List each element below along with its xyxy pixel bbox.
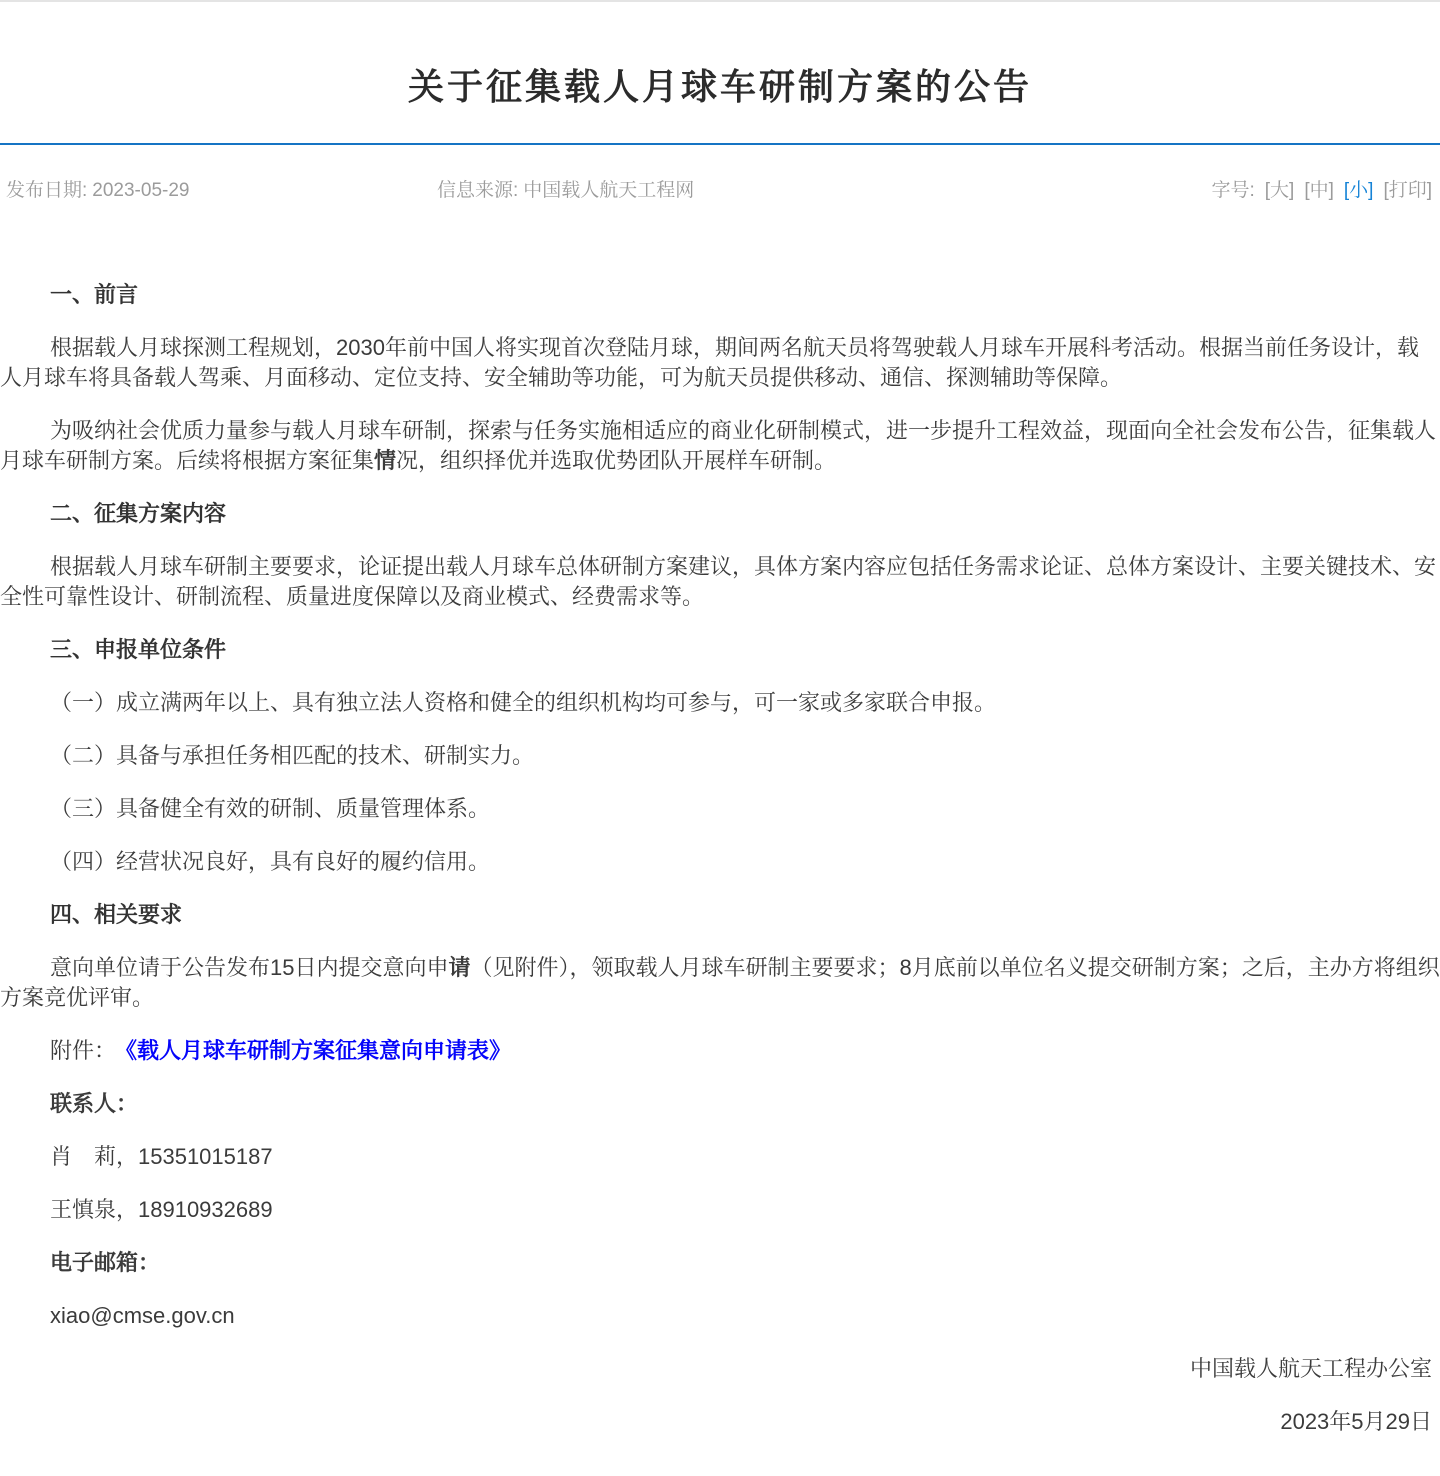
- font-size-small-button[interactable]: [小]: [1344, 180, 1374, 201]
- publish-date-value: 2023-05-29: [92, 180, 189, 201]
- condition-item-3: （三）具备健全有效的研制、质量管理体系。: [0, 794, 1440, 824]
- section-heading-requirements: 四、相关要求: [0, 900, 1440, 930]
- paragraph-foreword-1: 根据载人月球探测工程规划，2030年前中国人将实现首次登陆月球，期间两名航天员将…: [0, 333, 1440, 393]
- publish-date: 发布日期:2023-05-29: [6, 175, 189, 202]
- font-size-large-button[interactable]: [大]: [1265, 180, 1295, 201]
- email-label: 电子邮箱：: [0, 1248, 1440, 1278]
- font-size-label: 字号:: [1211, 180, 1254, 201]
- paragraph-text: 况，组织择优并选取优势团队开展样车研制。: [396, 448, 836, 473]
- attachment-label: 附件：: [50, 1038, 116, 1063]
- section-heading-solicitation-content: 二、征集方案内容: [0, 499, 1440, 529]
- condition-item-2: （二）具备与承担任务相匹配的技术、研制实力。: [0, 741, 1440, 771]
- highlighted-char: 请: [448, 955, 470, 980]
- title-divider: [0, 143, 1440, 145]
- paragraph-foreword-2: 为吸纳社会优质力量参与载人月球车研制，探索与任务实施相适应的商业化研制模式，进一…: [0, 416, 1440, 476]
- condition-item-1: （一）成立满两年以上、具有独立法人资格和健全的组织机构均可参与，可一家或多家联合…: [0, 688, 1440, 718]
- section-heading-foreword: 一、前言: [0, 280, 1440, 310]
- article-body: 一、前言 根据载人月球探测工程规划，2030年前中国人将实现首次登陆月球，期间两…: [0, 280, 1440, 1437]
- email-address: xiao@cmse.gov.cn: [0, 1301, 1440, 1331]
- contact-label: 联系人：: [0, 1089, 1440, 1119]
- info-source: 信息来源:中国载人航天工程网: [437, 175, 694, 202]
- info-source-value: 中国载人航天工程网: [523, 180, 694, 201]
- paragraph-requirements: 意向单位请于公告发布15日内提交意向申请（见附件），领取载人月球车研制主要要求；…: [0, 953, 1440, 1013]
- meta-bar: 发布日期:2023-05-29 信息来源:中国载人航天工程网 字号:[大][中]…: [0, 153, 1440, 218]
- print-button[interactable]: [打印]: [1383, 180, 1432, 201]
- section-heading-applicant-conditions: 三、申报单位条件: [0, 635, 1440, 665]
- attachment-row: 附件：《载人月球车研制方案征集意向申请表》: [0, 1036, 1440, 1066]
- font-size-medium-button[interactable]: [中]: [1304, 180, 1334, 201]
- signature-org: 中国载人航天工程办公室: [0, 1354, 1440, 1384]
- info-source-label: 信息来源:: [437, 180, 518, 201]
- highlighted-char: 情: [374, 448, 396, 473]
- paragraph-solicitation-content: 根据载人月球车研制主要要求，论证提出载人月球车总体研制方案建议，具体方案内容应包…: [0, 552, 1440, 612]
- paragraph-text: 意向单位请于公告发布15日内提交意向申: [50, 955, 448, 980]
- attachment-link[interactable]: 《载人月球车研制方案征集意向申请表》: [126, 1038, 511, 1063]
- condition-item-4: （四）经营状况良好，具有良好的履约信用。: [0, 847, 1440, 877]
- contact-person-1: 肖 莉，15351015187: [0, 1142, 1440, 1172]
- contact-person-2: 王慎泉，18910932689: [0, 1195, 1440, 1225]
- page-title: 关于征集载人月球车研制方案的公告: [0, 66, 1440, 107]
- font-size-controls: 字号:[大][中][小][打印]: [1211, 175, 1432, 202]
- signature-date: 2023年5月29日: [0, 1407, 1440, 1437]
- publish-date-label: 发布日期:: [6, 180, 87, 201]
